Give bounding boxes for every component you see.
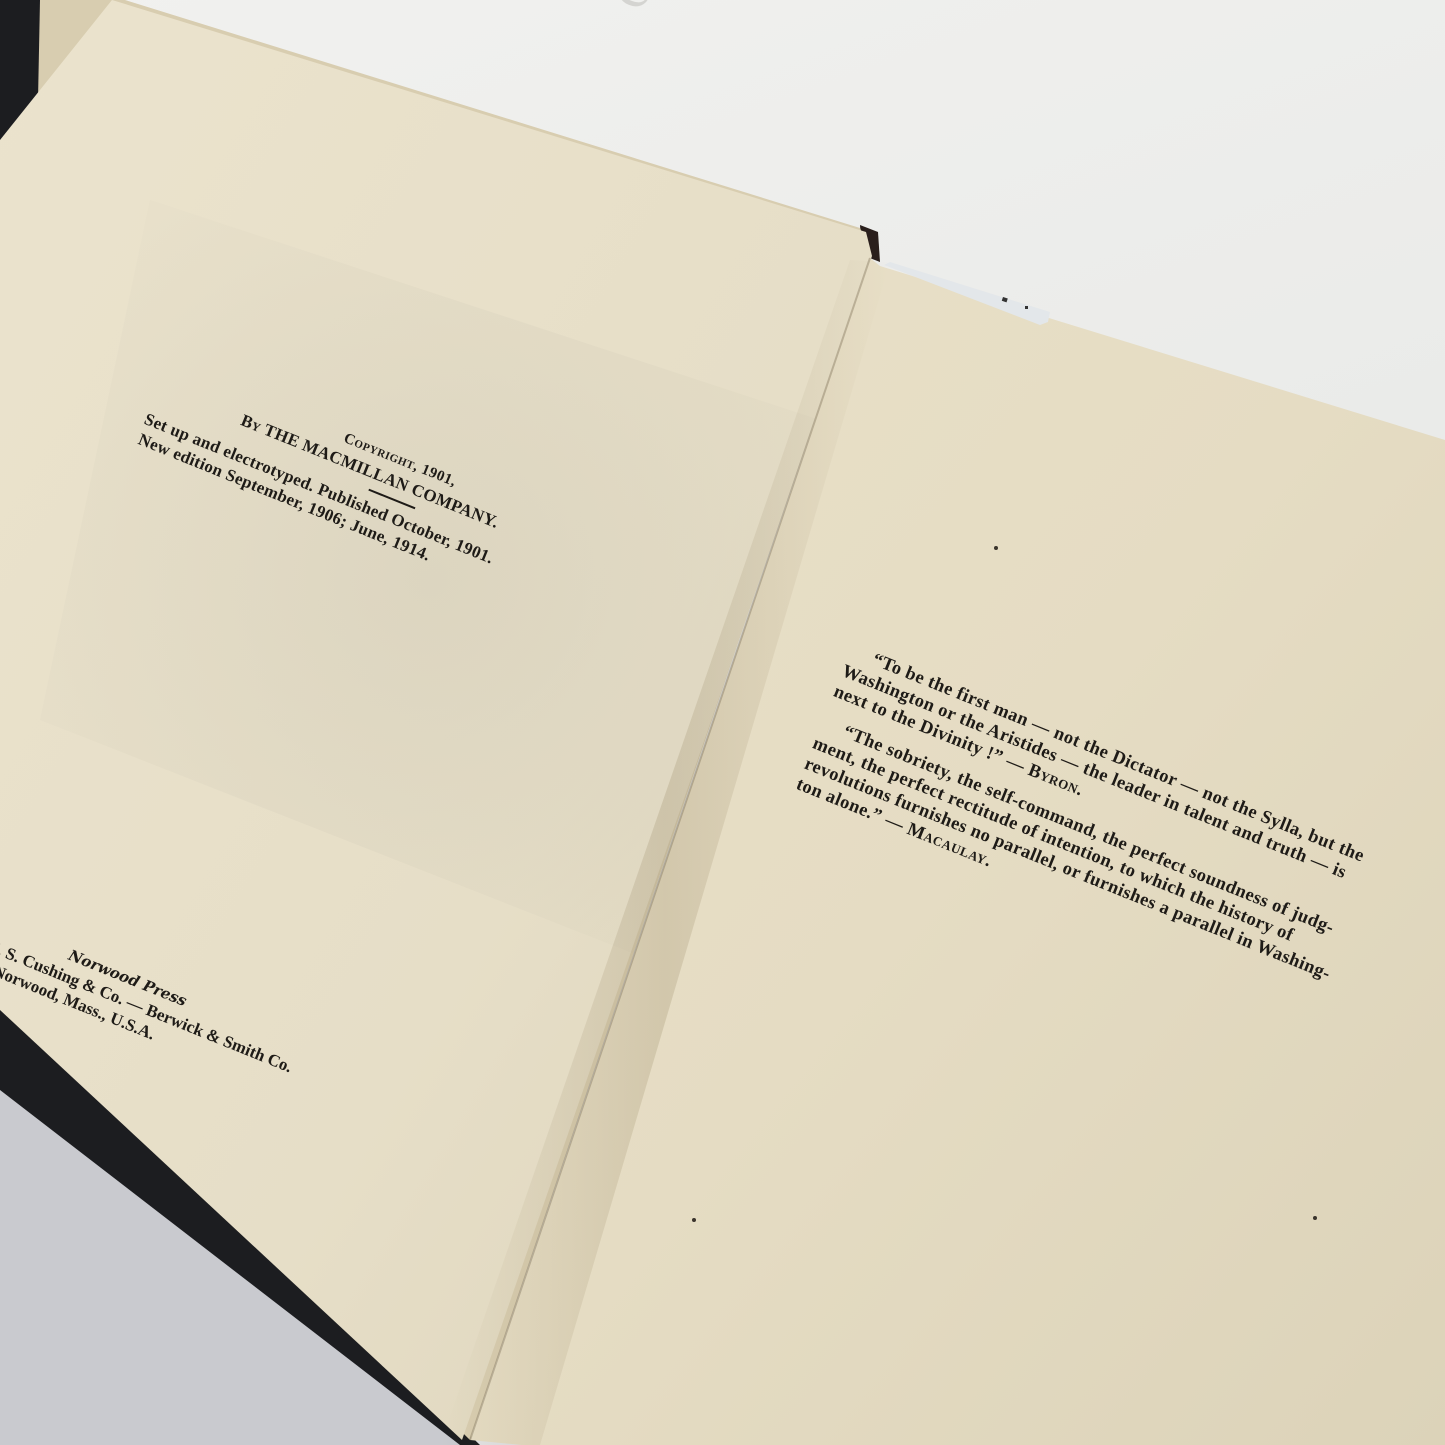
open-book-illustration [0,0,1445,1445]
copyright-by: By [238,411,264,436]
photo-scene: GEORGE WASHINGTON Copyright, 1901, By TH… [0,0,1445,1445]
